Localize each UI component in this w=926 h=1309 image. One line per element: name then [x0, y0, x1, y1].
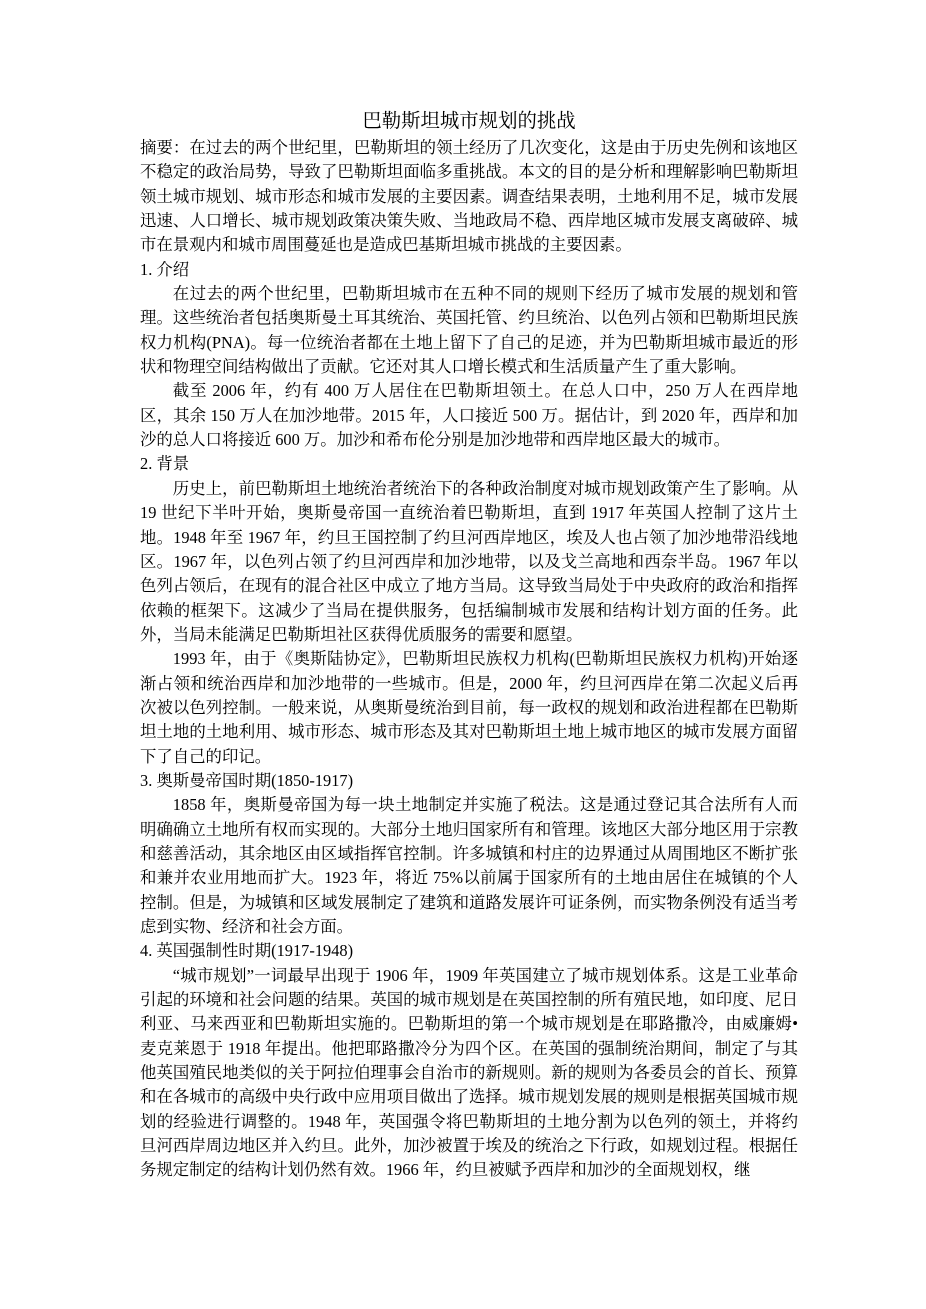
body-paragraph: “城市规划”一词最早出现于 1906 年，1909 年英国建立了城市规划体系。这… — [140, 964, 798, 1183]
document-page: 巴勒斯坦城市规划的挑战 摘要：在过去的两个世纪里，巴勒斯坦的领土经历了几次变化，… — [0, 0, 926, 1309]
body-paragraph: 历史上，前巴勒斯坦土地统治者统治下的各种政治制度对城市规划政策产生了影响。从 1… — [140, 477, 798, 647]
body-paragraph: 摘要：在过去的两个世纪里，巴勒斯坦的领土经历了几次变化，这是由于历史先例和该地区… — [140, 136, 798, 258]
document-title: 巴勒斯坦城市规划的挑战 — [140, 108, 798, 136]
body-paragraph: 1858 年，奥斯曼帝国为每一块土地制定并实施了税法。这是通过登记其合法所有人而… — [140, 793, 798, 939]
document-body: 摘要：在过去的两个世纪里，巴勒斯坦的领土经历了几次变化，这是由于历史先例和该地区… — [140, 136, 798, 1183]
body-paragraph: 在过去的两个世纪里，巴勒斯坦城市在五种不同的规则下经历了城市发展的规划和管理。这… — [140, 282, 798, 379]
section-heading: 2. 背景 — [140, 452, 798, 476]
body-paragraph: 截至 2006 年，约有 400 万人居住在巴勒斯坦领土。在总人口中，250 万… — [140, 379, 798, 452]
section-heading: 3. 奥斯曼帝国时期(1850-1917) — [140, 769, 798, 793]
body-paragraph: 1993 年，由于《奥斯陆协定》，巴勒斯坦民族权力机构(巴勒斯坦民族权力机构)开… — [140, 647, 798, 769]
section-heading: 1. 介绍 — [140, 258, 798, 282]
section-heading: 4. 英国强制性时期(1917-1948) — [140, 939, 798, 963]
